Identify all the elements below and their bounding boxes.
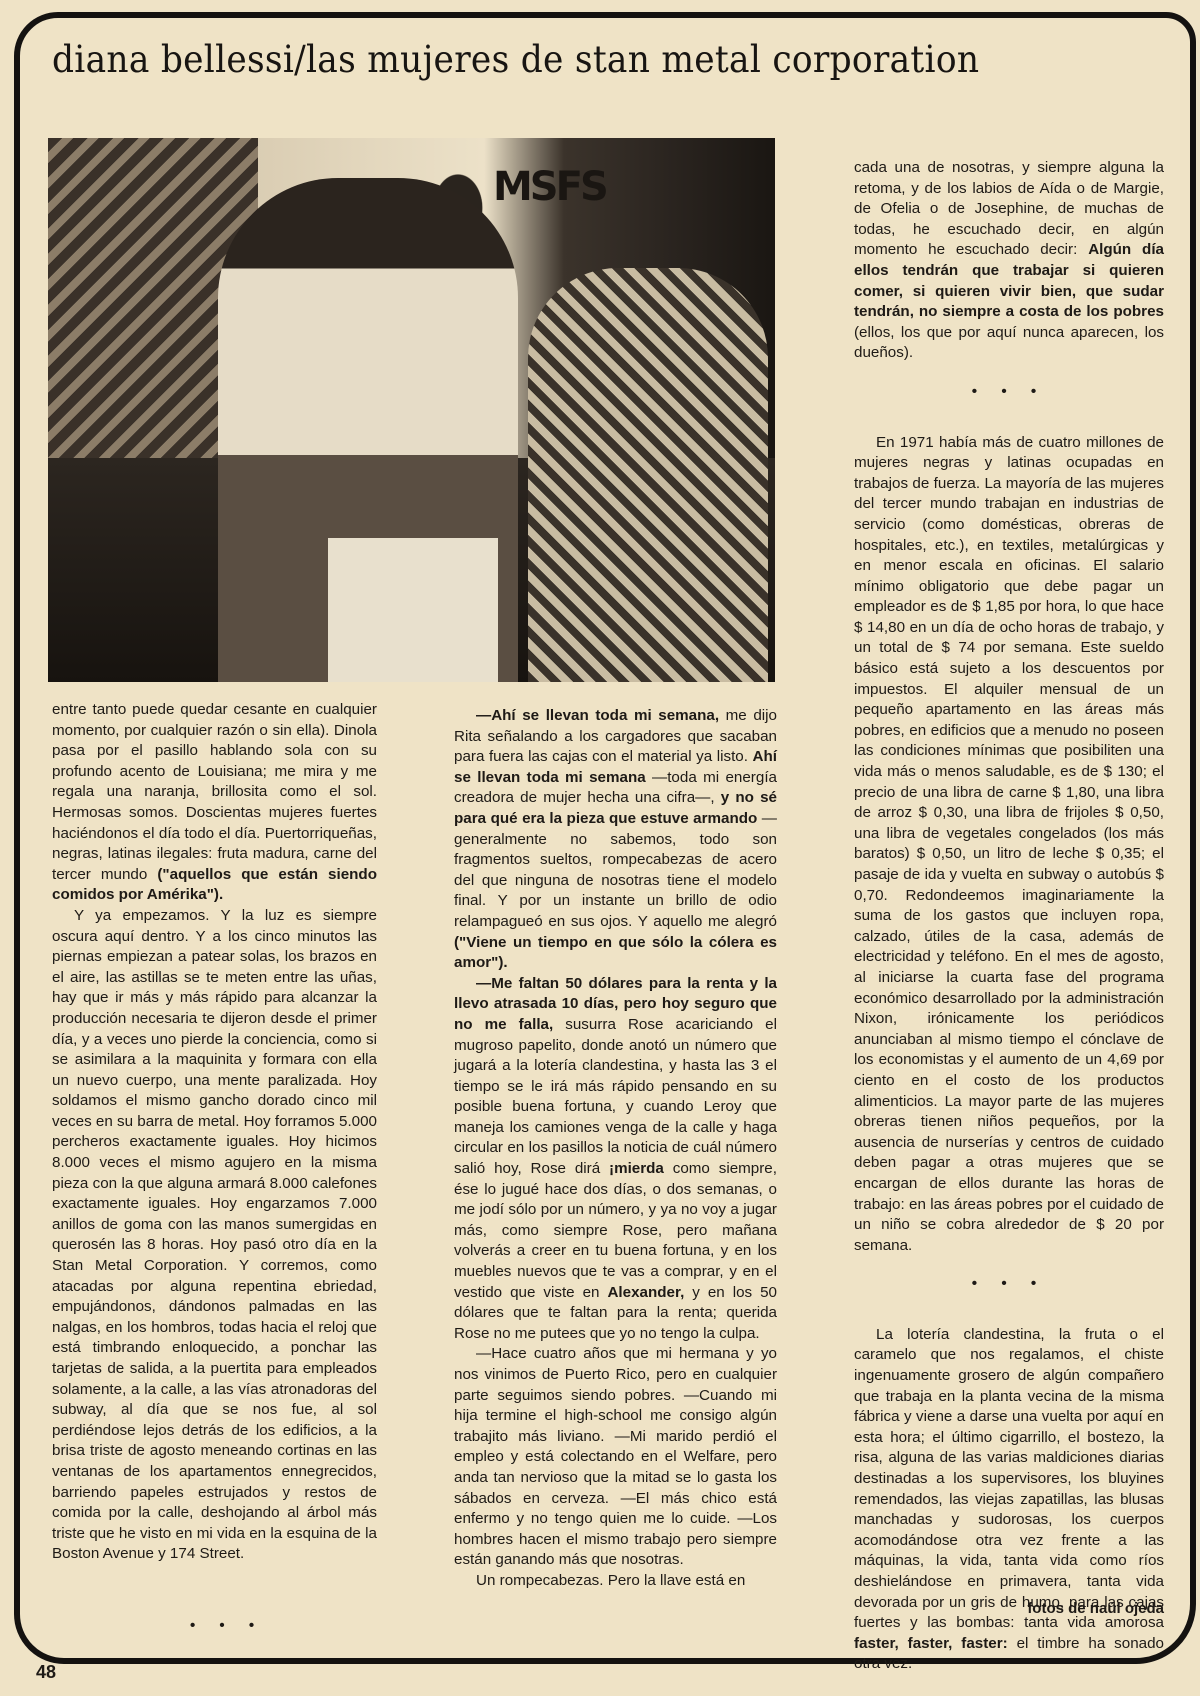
section-separator: • • • [854,1274,1164,1295]
cardboard-box [328,538,498,682]
paragraph: La lotería clandestina, la fruta o el ca… [854,1325,1164,1675]
paragraph: —Ahí se llevan toda mi semana, me dijo R… [454,706,777,974]
paragraph: En 1971 había más de cuatro millones de … [854,433,1164,1257]
section-separator: • • • [190,1617,264,1634]
paragraph: —Hace cuatro años que mi hermana y yo no… [454,1344,777,1571]
subway-photo: MSFS [48,138,775,682]
seated-woman [528,268,768,682]
paragraph: cada una de nosotras, y siempre alguna l… [854,158,1164,364]
column-2: —Ahí se llevan toda mi semana, me dijo R… [454,706,777,1592]
paragraph: Y ya empezamos. Y la luz es siempre oscu… [52,906,377,1565]
section-separator: • • • [854,382,1164,403]
paragraph: entre tanto puede quedar cesante en cual… [52,700,377,906]
article-title: diana bellessi/las mujeres de stan metal… [52,38,979,81]
column-1: entre tanto puede quedar cesante en cual… [52,700,377,1565]
paragraph: —Me faltan 50 dólares para la renta y la… [454,974,777,1345]
paragraph: Un rompecabezas. Pero la llave está en [454,1571,777,1592]
graffiti-text: MSFS [493,164,606,210]
page-number: 48 [36,1662,56,1683]
photo-credit: fotos de naúl ojeda [1027,1600,1164,1617]
column-3: cada una de nosotras, y siempre alguna l… [854,158,1164,1675]
